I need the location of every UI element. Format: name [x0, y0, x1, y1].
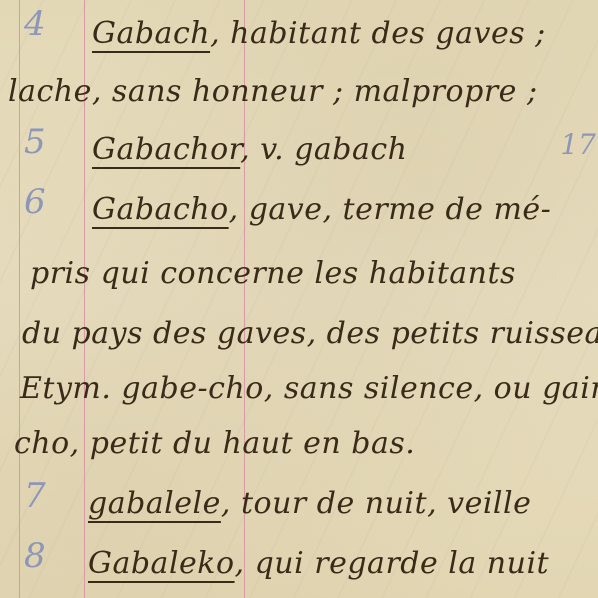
definition: , qui regarde la nuit: [235, 546, 550, 581]
headword: Gabaleko: [88, 546, 235, 581]
headword: Gabachor: [92, 132, 240, 167]
entry-line: lache, sans honneur ; malpropre ;: [0, 70, 598, 130]
definition: , habitant des gaves ;: [210, 16, 546, 51]
definition: lache, sans honneur ; malpropre ;: [8, 74, 538, 109]
etymology: Etym. gabe-cho, sans silence, ou gain-: [20, 371, 598, 406]
etymology: cho, petit du haut en bas.: [14, 426, 415, 461]
definition: du pays des gaves, des petits ruisseaux: [22, 316, 598, 351]
definition: pris qui concerne les habitants: [30, 256, 516, 291]
entry-number: 8: [24, 536, 46, 576]
headword: Gabacho: [92, 192, 229, 227]
definition: , v. gabach: [240, 132, 407, 167]
entry-line: 4 Gabach, habitant des gaves ;: [0, 8, 598, 68]
entry-number: 5: [24, 122, 46, 162]
headword: gabalele: [88, 486, 221, 521]
definition: , gave, terme de mé-: [229, 192, 552, 227]
entry-line: Etym. gabe-cho, sans silence, ou gain-: [0, 365, 598, 425]
headword: Gabach: [92, 16, 210, 51]
entry-line: 8 Gabaleko, qui regarde la nuit: [0, 540, 598, 598]
definition: , tour de nuit, veille: [221, 486, 532, 521]
entry-line: 7 gabalele, tour de nuit, veille: [0, 480, 598, 540]
entry-number: 7: [24, 476, 46, 516]
entry-line: du pays des gaves, des petits ruisseaux: [0, 310, 598, 370]
entry-line: cho, petit du haut en bas.: [0, 420, 598, 480]
entry-line: 5 Gabachor, v. gabach: [0, 126, 598, 186]
entry-line: pris qui concerne les habitants: [0, 250, 598, 310]
entry-number: 6: [24, 182, 46, 222]
entry-number: 4: [24, 4, 46, 44]
entry-line: 6 Gabacho, gave, terme de mé-: [0, 186, 598, 246]
